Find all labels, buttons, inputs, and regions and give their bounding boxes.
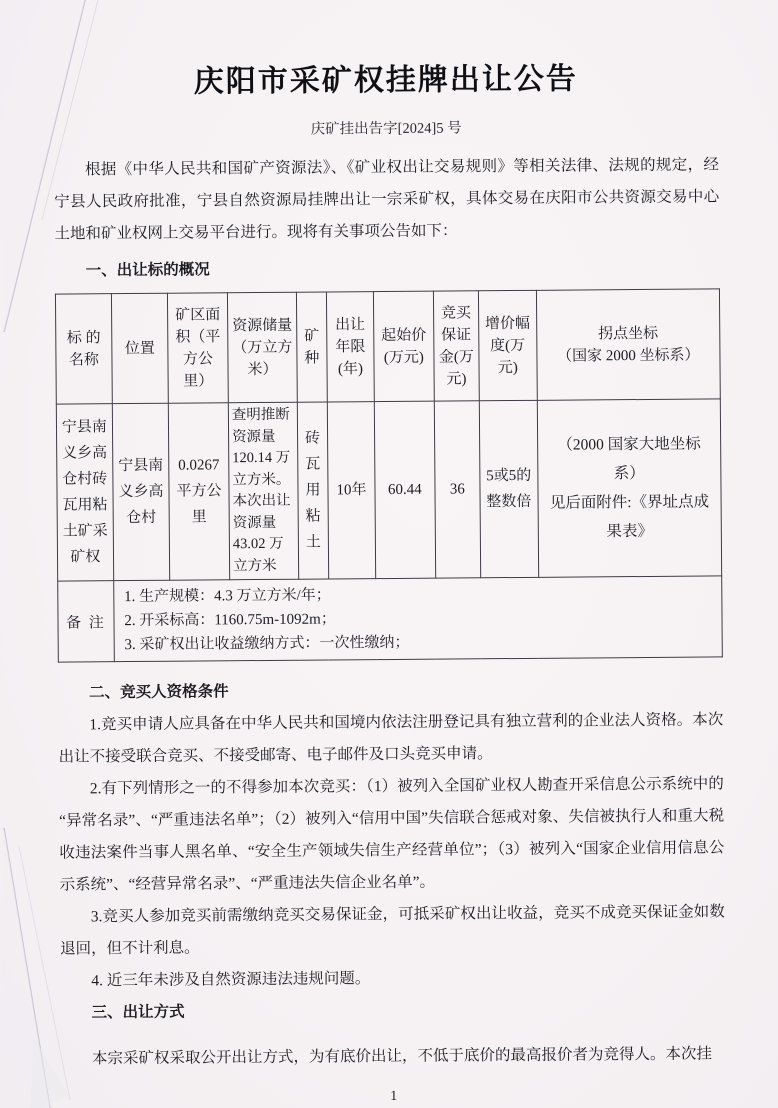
header-resource-reserve: 资源储量（万立方米）	[227, 292, 297, 403]
header-bid-deposit: 竞买保证金(万元)	[433, 291, 479, 401]
scanned-document-page: { "doc": { "title": "庆阳市采矿权挂牌出让公告", "num…	[0, 0, 778, 1108]
section-3-heading: 三、出让方式	[60, 992, 725, 1029]
cell-target-name: 宁县南义乡高仓村砖瓦用粘土矿采矿权	[56, 404, 113, 581]
cell-resource-reserve: 查明推断资源量120.14 万立方米。本次出让资源量43.02 万立方米	[228, 402, 298, 580]
section-2-paragraph-1: 1.竞买申请人应具备在中华人民共和国境内依法注册登记具有独立营利的企业法人资格。…	[58, 704, 723, 773]
document-page: 庆阳市采矿权挂牌出让公告 庆矿挂出告字[2024]5 号 根据《中华人民共和国矿…	[0, 0, 778, 1108]
header-corner-coordinates: 拐点坐标 （国家 2000 坐标系）	[536, 289, 720, 400]
section-2-heading: 二、竞买人资格条件	[58, 672, 723, 709]
intro-paragraph: 根据《中华人民共和国矿产资源法》、《矿业权出让交易规则》等相关法律、法规的规定，…	[54, 149, 720, 250]
cell-increment: 5或5的整数倍	[479, 400, 538, 577]
remark-line-3: 3. 采矿权出让收益缴纳方式：一次性缴纳；	[124, 628, 711, 657]
cell-mineral-type: 砖瓦用粘土	[297, 402, 328, 579]
header-increment: 增价幅度(万元)	[478, 290, 537, 400]
table-header-row: 标 的 名称 位置 矿区面积（平方公里） 资源储量（万立方米） 矿 种 出让年限…	[55, 289, 720, 404]
document-number: 庆矿挂出告字[2024]5 号	[54, 116, 719, 141]
cell-bid-deposit: 36	[434, 401, 481, 578]
section-2-paragraph-3: 3.竞买人参加竞买前需缴纳竞买交易保证金，可抵采矿权出让收益，竞买不成竞买保证金…	[60, 896, 725, 965]
header-mineral-type: 矿 种	[296, 292, 327, 402]
table-data-row: 宁县南义乡高仓村砖瓦用粘土矿采矿权 宁县南义乡高仓村 0.0267平方公里 查明…	[56, 399, 721, 581]
section-3-paragraph-1: 本宗采矿权采取公开出让方式，为有底价出让，不低于底价的最高报价者为竞得人。本次挂	[61, 1038, 726, 1075]
document-title: 庆阳市采矿权挂牌出让公告	[53, 57, 718, 104]
cell-corner-coordinates: （2000 国家大地坐标系） 见后面附件:《界址点成果表》	[537, 399, 722, 577]
header-location: 位置	[111, 293, 168, 403]
page-number: 1	[61, 1084, 726, 1108]
section-2-paragraph-4: 4. 近三年未涉及自然资源违法违规问题。	[60, 960, 725, 997]
section-2-paragraph-2: 2.有下列情形之一的不得参加本次竞买：（1）被列入全国矿业权人勘查开采信息公示系…	[59, 768, 725, 901]
offer-summary-table: 标 的 名称 位置 矿区面积（平方公里） 资源储量（万立方米） 矿 种 出让年限…	[55, 288, 723, 662]
remark-label: 备 注	[58, 581, 114, 662]
remark-content: 1. 生产规模：4.3 万立方米/年； 2. 开采标高：1160.75m-109…	[113, 576, 722, 662]
cell-starting-price: 60.44	[374, 401, 435, 578]
section-1-heading: 一、出让标的概况	[55, 250, 720, 287]
cell-location: 宁县南义乡高仓村	[112, 403, 170, 580]
header-starting-price: 起始价(万元)	[373, 291, 434, 401]
cell-grant-term: 10年	[327, 402, 376, 579]
cell-mine-area: 0.0267平方公里	[169, 403, 230, 580]
table-remark-row: 备 注 1. 生产规模：4.3 万立方米/年； 2. 开采标高：1160.75m…	[58, 576, 723, 662]
header-mine-area: 矿区面积（平方公里）	[168, 293, 229, 403]
header-grant-term: 出让年限(年)	[326, 292, 374, 402]
header-target-name: 标 的 名称	[55, 294, 112, 404]
